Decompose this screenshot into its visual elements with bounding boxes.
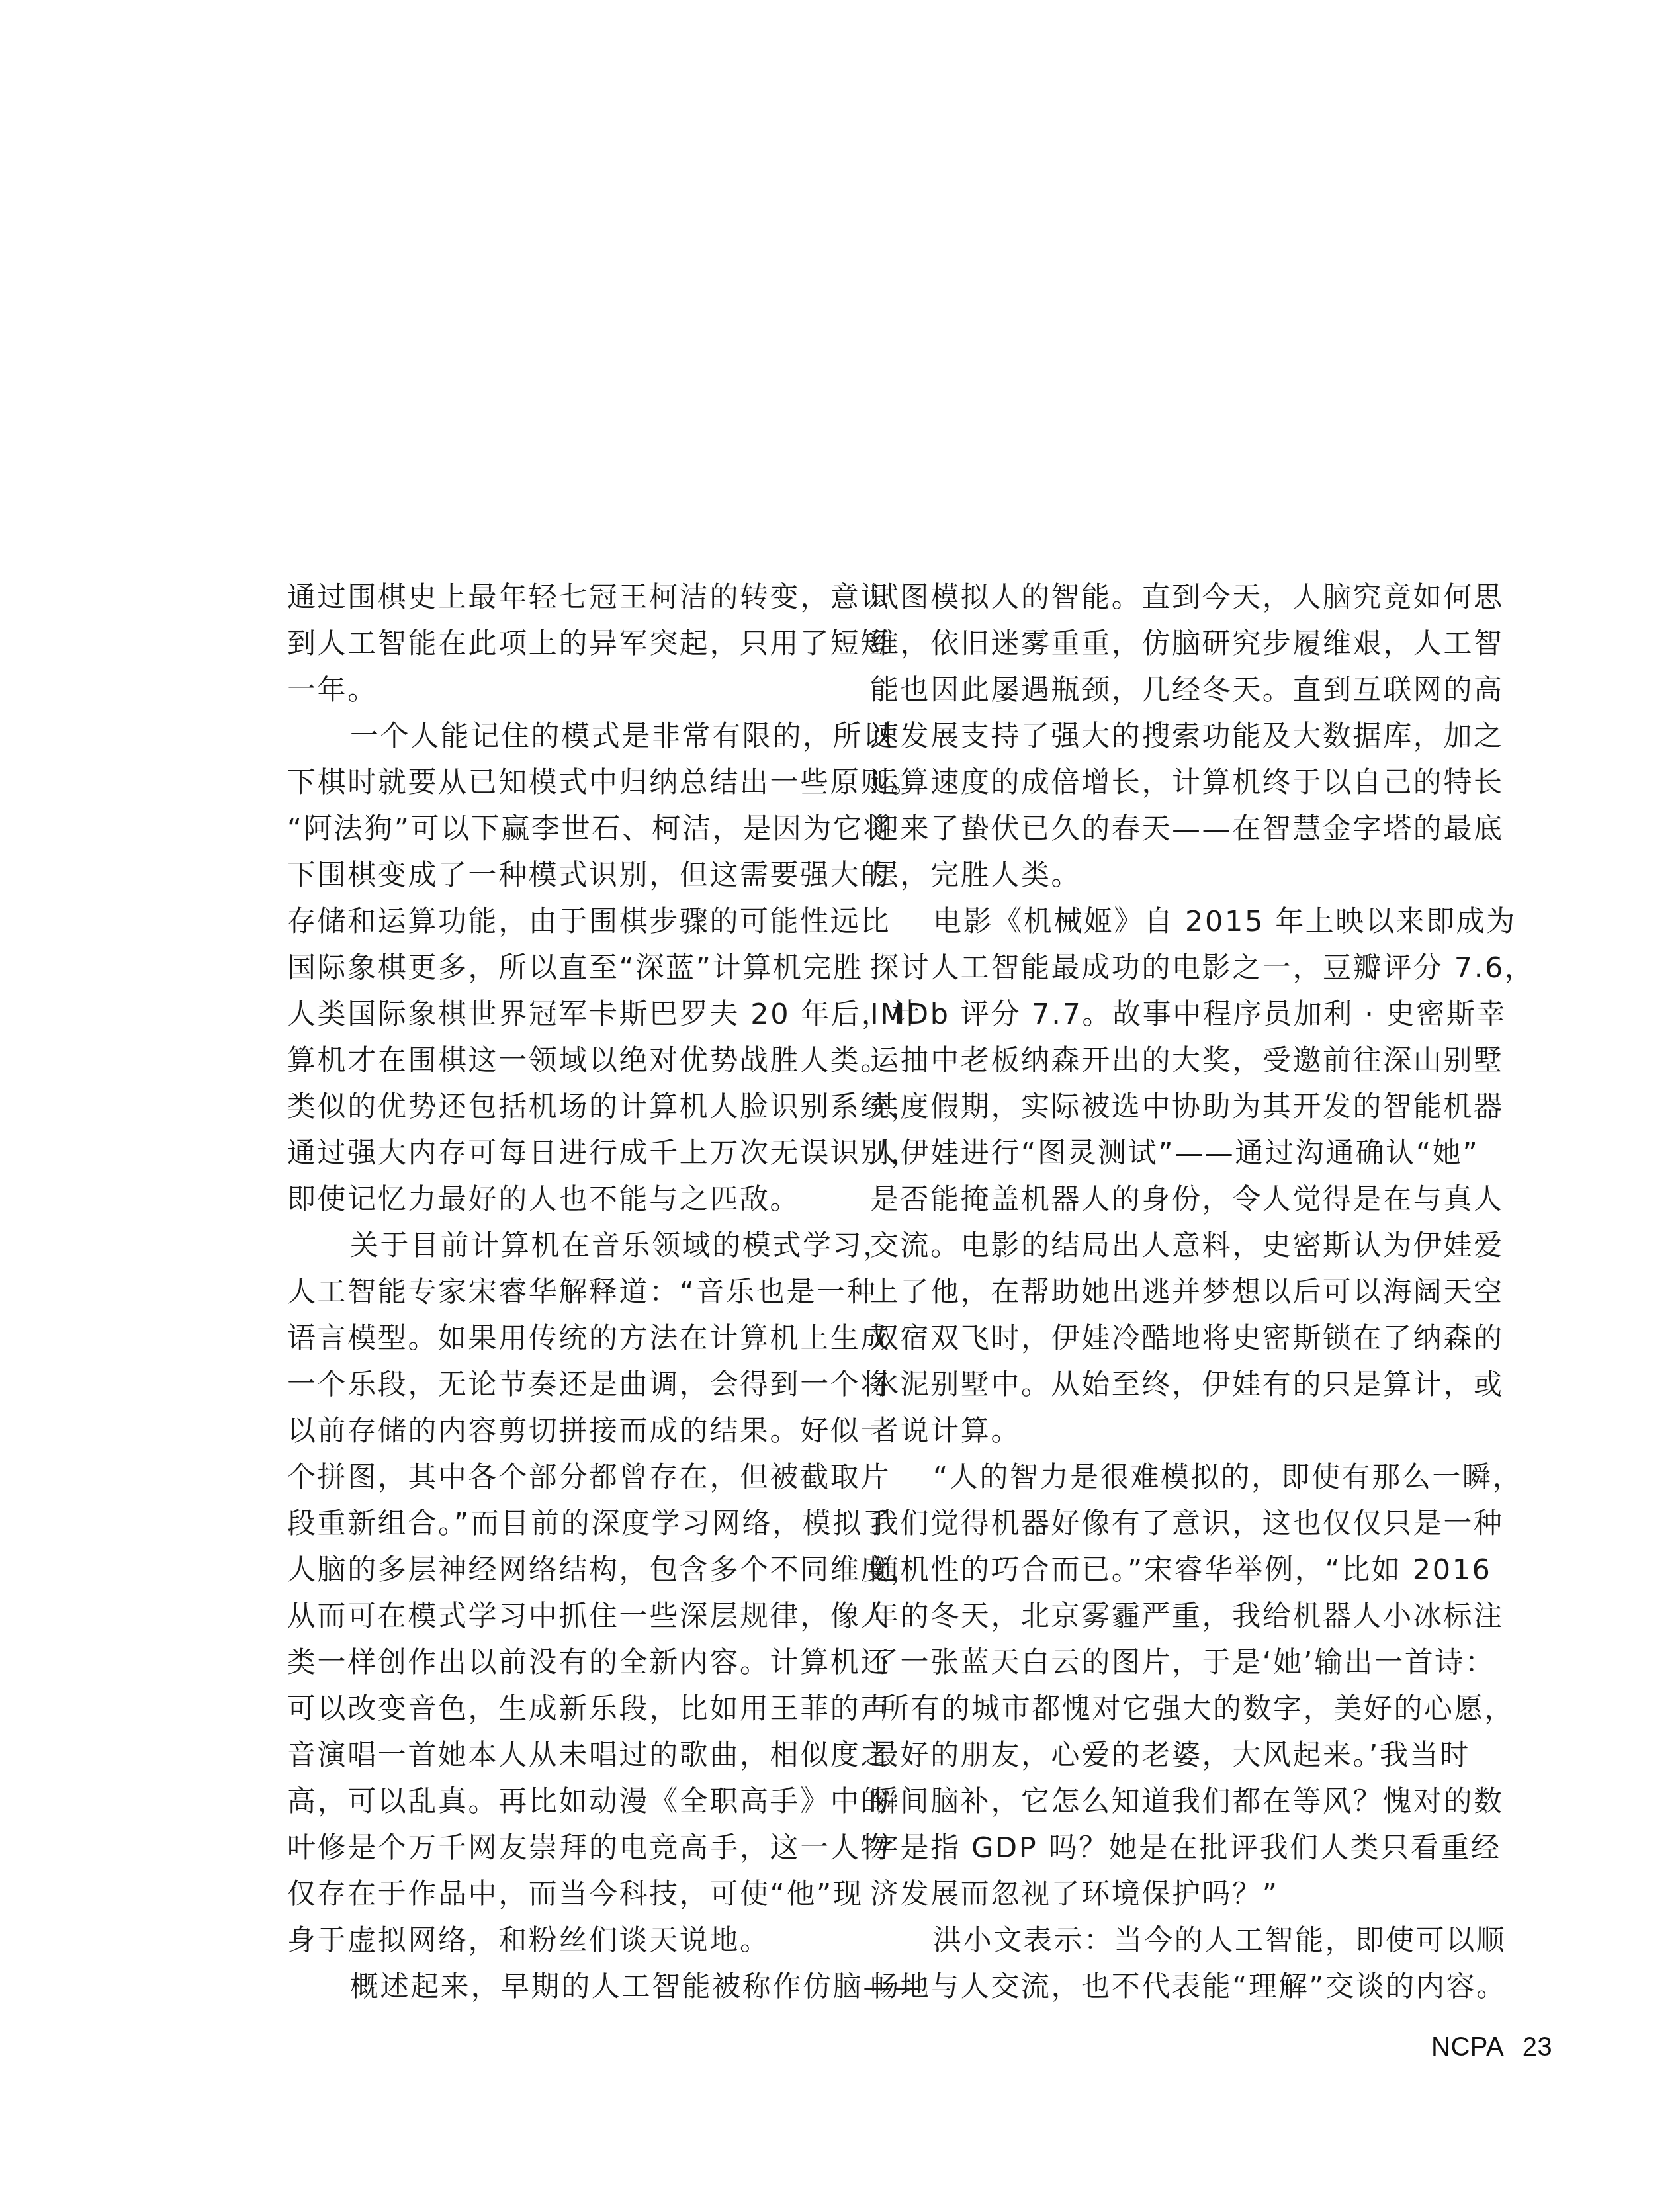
text-line: 即使记忆力最好的人也不能与之匹敌。 (287, 1176, 824, 1223)
text-line: 类一样创作出以前没有的全新内容。计算机还 (287, 1640, 824, 1686)
magazine-page: 通过围棋史上最年轻七冠王柯洁的转变，意识到人工智能在此项上的异军突起，只用了短短… (0, 0, 1680, 2188)
text-line: 通过强大内存可每日进行成千上万次无误识别， (287, 1130, 824, 1176)
article-column-left: 通过围棋史上最年轻七冠王柯洁的转变，意识到人工智能在此项上的异军突起，只用了短短… (287, 574, 824, 2010)
page-number: 23 (1523, 2033, 1553, 2062)
text-line: 个拼图，其中各个部分都曾存在，但被截取片 (287, 1454, 824, 1501)
text-line: 叶修是个万千网友崇拜的电竞高手，这一人物 (287, 1825, 824, 1871)
text-line: 迎来了蛰伏已久的春天——在智慧金字塔的最底 (870, 806, 1417, 852)
text-line: 共度假期，实际被选中协助为其开发的智能机器 (870, 1084, 1417, 1130)
text-line: “阿法狗”可以下赢李世石、柯洁，是因为它将 (287, 806, 824, 852)
text-line: 试图模拟人的智能。直到今天，人脑究竟如何思 (870, 574, 1417, 621)
text-line: 水泥别墅中。从始至终，伊娃有的只是算计，或 (870, 1362, 1417, 1408)
text-line: 以前存储的内容剪切拼接而成的结果。好似一 (287, 1408, 824, 1454)
page-footer: NCPA 23 (1431, 2033, 1552, 2062)
text-line: 最好的朋友，心爱的老婆，大风起来。’我当时 (870, 1732, 1417, 1778)
text-line: IMDb 评分 7.7。故事中程序员加利 · 史密斯幸 (870, 991, 1417, 1037)
text-line: 年的冬天，北京雾霾严重，我给机器人小冰标注 (870, 1593, 1417, 1640)
text-line: 人类国际象棋世界冠军卡斯巴罗夫 20 年后，计 (287, 991, 824, 1037)
text-line: 下棋时就要从已知模式中归纳总结出一些原则。 (287, 760, 824, 806)
text-line: 瞬间脑补，它怎么知道我们都在等风？愧对的数 (870, 1778, 1417, 1825)
text-line: 通过围棋史上最年轻七冠王柯洁的转变，意识 (287, 574, 824, 621)
text-line: 上了他，在帮助她出逃并梦想以后可以海阔天空 (870, 1269, 1417, 1315)
text-line: 随机性的巧合而已。”宋睿华举例，“比如 2016 (870, 1547, 1417, 1593)
text-line: 下围棋变成了一种模式识别，但这需要强大的 (287, 852, 824, 898)
text-line: 类似的优势还包括机场的计算机人脸识别系统， (287, 1084, 824, 1130)
text-line: 人工智能专家宋睿华解释道：“音乐也是一种 (287, 1269, 824, 1315)
text-line: 维，依旧迷雾重重，仿脑研究步履维艰，人工智 (870, 621, 1417, 667)
text-line: 交流。电影的结局出人意料，史密斯认为伊娃爱 (870, 1223, 1417, 1269)
text-line: 速发展支持了强大的搜索功能及大数据库，加之 (870, 713, 1417, 760)
text-line: 到人工智能在此项上的异军突起，只用了短短 (287, 621, 824, 667)
text-line: 字是指 GDP 吗？她是在批评我们人类只看重经 (870, 1825, 1417, 1871)
text-line: 人脑的多层神经网络结构，包含多个不同维度， (287, 1547, 824, 1593)
text-line: 音演唱一首她本人从未唱过的歌曲，相似度之 (287, 1732, 824, 1778)
text-line: ‘所有的城市都愧对它强大的数字，美好的心愿， (870, 1686, 1417, 1732)
text-line: 高，可以乱真。再比如动漫《全职高手》中的 (287, 1778, 824, 1825)
text-line: 段重新组合。”而目前的深度学习网络，模拟了 (287, 1501, 824, 1547)
text-line: 洪小文表示：当今的人工智能，即使可以顺 (870, 1917, 1417, 1964)
text-line: 一个人能记住的模式是非常有限的，所以 (287, 713, 824, 760)
text-line: 层，完胜人类。 (870, 852, 1417, 898)
text-line: 畅地与人交流，也不代表能“理解”交谈的内容。 (870, 1964, 1417, 2010)
text-line: “人的智力是很难模拟的，即使有那么一瞬， (870, 1454, 1417, 1501)
text-line: 一年。 (287, 667, 824, 713)
text-line: 双宿双飞时，伊娃冷酷地将史密斯锁在了纳森的 (870, 1315, 1417, 1362)
text-line: 概述起来，早期的人工智能被称作仿脑—— (287, 1964, 824, 2010)
text-line: 探讨人工智能最成功的电影之一，豆瓣评分 7.6， (870, 945, 1417, 991)
text-line: 我们觉得机器好像有了意识，这也仅仅只是一种 (870, 1501, 1417, 1547)
text-line: 语言模型。如果用传统的方法在计算机上生成 (287, 1315, 824, 1362)
magazine-name: NCPA (1431, 2033, 1504, 2062)
text-line: 运算速度的成倍增长，计算机终于以自己的特长 (870, 760, 1417, 806)
text-line: 仅存在于作品中，而当今科技，可使“他”现 (287, 1871, 824, 1917)
text-line: 可以改变音色，生成新乐段，比如用王菲的声 (287, 1686, 824, 1732)
text-line: 者说计算。 (870, 1408, 1417, 1454)
text-line: 能也因此屡遇瓶颈，几经冬天。直到互联网的高 (870, 667, 1417, 713)
text-line: 一个乐段，无论节奏还是曲调，会得到一个将 (287, 1362, 824, 1408)
text-line: 是否能掩盖机器人的身份，令人觉得是在与真人 (870, 1176, 1417, 1223)
text-line: 了一张蓝天白云的图片，于是‘她’输出一首诗： (870, 1640, 1417, 1686)
text-line: 身于虚拟网络，和粉丝们谈天说地。 (287, 1917, 824, 1964)
text-line: 运抽中老板纳森开出的大奖，受邀前往深山别墅 (870, 1037, 1417, 1084)
text-line: 国际象棋更多，所以直至“深蓝”计算机完胜 (287, 945, 824, 991)
text-line: 从而可在模式学习中抓住一些深层规律，像人 (287, 1593, 824, 1640)
text-line: 存储和运算功能，由于围棋步骤的可能性远比 (287, 898, 824, 945)
text-line: 人伊娃进行“图灵测试”——通过沟通确认“她” (870, 1130, 1417, 1176)
article-column-right: 试图模拟人的智能。直到今天，人脑究竟如何思维，依旧迷雾重重，仿脑研究步履维艰，人… (870, 574, 1417, 2010)
text-line: 关于目前计算机在音乐领域的模式学习， (287, 1223, 824, 1269)
text-line: 算机才在围棋这一领域以绝对优势战胜人类。 (287, 1037, 824, 1084)
text-line: 济发展而忽视了环境保护吗？” (870, 1871, 1417, 1917)
text-line: 电影《机械姬》自 2015 年上映以来即成为 (870, 898, 1417, 945)
